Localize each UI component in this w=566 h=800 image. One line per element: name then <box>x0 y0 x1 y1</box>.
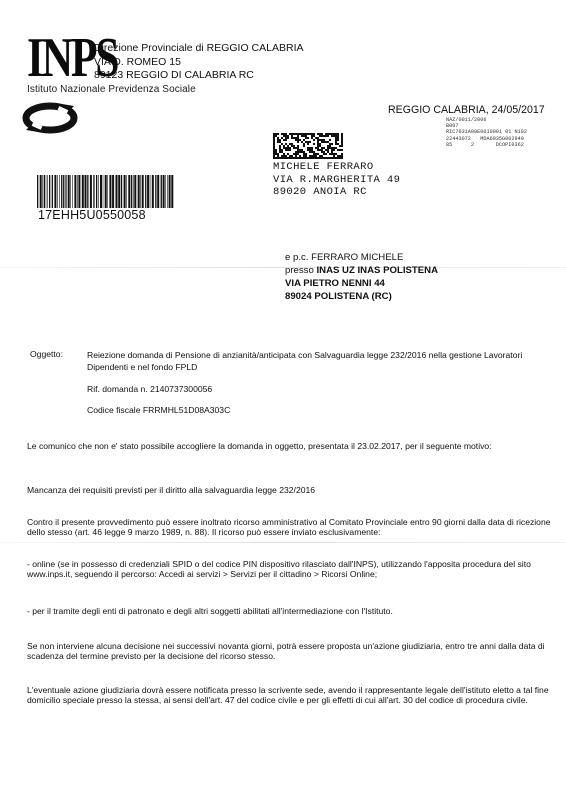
cf-value: FRRMHL51D08A303C <box>143 405 230 415</box>
paragraph-notification: L'eventuale azione giudiziaria dovrà ess… <box>27 685 552 705</box>
rif-label: Rif. domanda n. <box>87 384 148 394</box>
rif-value: 2140737300056 <box>150 384 212 394</box>
inps-circular-arrows-icon <box>22 100 78 136</box>
sender-street: VIA D. ROMEO 15 <box>94 56 304 70</box>
postal-code-line: 22443072 MDA6935G002949 <box>446 136 527 142</box>
paragraph-patronato-option: - per il tramite degli enti di patronato… <box>27 606 552 616</box>
subject-text: Reiezione domanda di Pensione di anziani… <box>87 349 557 374</box>
institute-name: Istituto Nazionale Previdenza Sociale <box>27 84 196 95</box>
sender-office: Direzione Provinciale di REGGIO CALABRIA <box>94 42 304 56</box>
recipient-address: MICHELE FERRARO VIA R.MARGHERITA 49 8902… <box>273 161 400 199</box>
cc-city: 89024 POLISTENA (RC) <box>285 290 438 303</box>
paragraph-judicial-action: Se non interviene alcuna decisione nei s… <box>27 641 552 661</box>
paragraph-notice: Le comunico che non e' stato possibile a… <box>27 441 547 451</box>
cc-name: FERRARO MICHELE <box>311 252 403 263</box>
paragraph-online-option: - online (se in possesso di credenziali … <box>27 559 552 579</box>
cc-prefix: e p.c. <box>285 252 308 263</box>
paragraph-reason: Mancanza dei requisiti previsti per il d… <box>27 485 547 495</box>
fold-line <box>0 267 566 268</box>
datamatrix-code <box>273 133 343 159</box>
sender-address: Direzione Provinciale di REGGIO CALABRIA… <box>94 42 304 83</box>
cc-street: VIA PIETRO NENNI 44 <box>285 277 438 290</box>
barcode <box>37 175 174 208</box>
recipient-city: 89020 ANOIA RC <box>273 186 400 199</box>
subject-label: Oggetto: <box>30 349 63 359</box>
postal-code-line: 85 2 DCOPI0362 <box>446 142 527 148</box>
sender-city: 89123 REGGIO DI CALABRIA RC <box>94 69 304 83</box>
postal-code-line: RIC7031A09E0010001 01 N102 <box>446 129 527 135</box>
tax-code: Codice fiscale FRRMHL51D08A303C <box>87 405 230 415</box>
application-reference: Rif. domanda n. 2140737300056 <box>87 384 212 394</box>
barcode-number: 17EHH5U0550058 <box>38 208 146 222</box>
cf-label: Codice fiscale <box>87 405 141 415</box>
recipient-name: MICHELE FERRARO <box>273 161 400 174</box>
copy-to-block: e p.c. FERRARO MICHELE presso INAS UZ IN… <box>285 251 438 303</box>
place-date: REGGIO CALABRIA, 24/05/2017 <box>388 104 545 116</box>
paragraph-appeal: Contro il presente provvedimento può ess… <box>27 517 552 537</box>
recipient-street: VIA R.MARGHERITA 49 <box>273 174 400 187</box>
postal-codes: NAZ/0011/2006B007RIC7031A09E0010001 01 N… <box>446 117 527 148</box>
fold-line <box>0 542 566 543</box>
